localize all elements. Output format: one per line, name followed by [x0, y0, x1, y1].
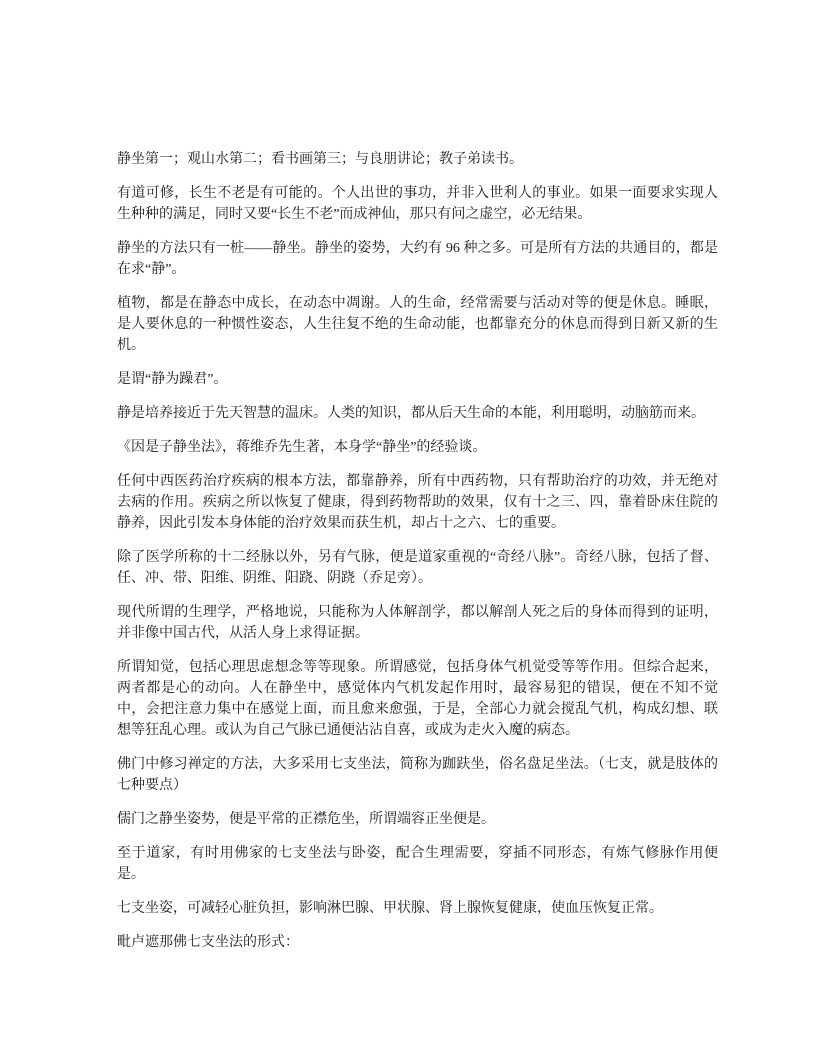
paragraph: 七支坐姿，可减轻心脏负担，影响淋巴腺、甲状腺、肾上腺恢复健康，使血压恢复正常。: [117, 898, 718, 919]
paragraph: 任何中西医药治疗疾病的根本方法，都靠静养，所有中西药物，只有帮助治疗的功效，并无…: [117, 471, 718, 534]
paragraph: 植物，都是在静态中成长，在动态中凋谢。人的生命，经常需要与活动对等的便是休息。睡…: [117, 293, 718, 356]
paragraph: 儒门之静坐姿势，便是平常的正襟危坐，所谓端容正坐便是。: [117, 809, 718, 830]
paragraph: 现代所谓的生理学，严格地说，只能称为人体解剖学，都以解剖人死之后的身体而得到的证…: [117, 602, 718, 644]
paragraph: 静是培养接近于先天智慧的温床。人类的知识，都从后天生命的本能，利用聪明，动脑筋而…: [117, 403, 718, 424]
paragraph: 是谓“静为躁君”。: [117, 369, 718, 390]
paragraph: 毗卢遮那佛七支坐法的形式：: [117, 932, 718, 953]
paragraph: 静坐的方法只有一桩——静坐。静坐的姿势，大约有 96 种之多。可是所有方法的共通…: [117, 238, 718, 280]
paragraph: 除了医学所称的十二经脉以外，另有气脉，便是道家重视的“奇经八脉”。奇经八脉，包括…: [117, 547, 718, 589]
paragraph: 有道可修，长生不老是有可能的。个人出世的事功，并非入世利人的事业。如果一面要求实…: [117, 183, 718, 225]
text-block: 静坐第一；观山水第二；看书画第三；与良朋讲论；教子弟读书。有道可修，长生不老是有…: [117, 149, 718, 953]
document-page: 静坐第一；观山水第二；看书画第三；与良朋讲论；教子弟读书。有道可修，长生不老是有…: [0, 0, 816, 1056]
paragraph: 所谓知觉，包括心理思虑想念等等现象。所谓感觉，包括身体气机觉受等等作用。但综合起…: [117, 657, 718, 741]
paragraph: 至于道家，有时用佛家的七支坐法与卧姿，配合生理需要，穿插不同形态，有炼气修脉作用…: [117, 843, 718, 885]
paragraph: 佛门中修习禅定的方法，大多采用七支坐法，简称为跏趺坐，俗名盘足坐法。（七支，就是…: [117, 754, 718, 796]
paragraph: 静坐第一；观山水第二；看书画第三；与良朋讲论；教子弟读书。: [117, 149, 718, 170]
paragraph: 《因是子静坐法》，蒋维乔先生著，本身学“静坐”的经验谈。: [117, 437, 718, 458]
